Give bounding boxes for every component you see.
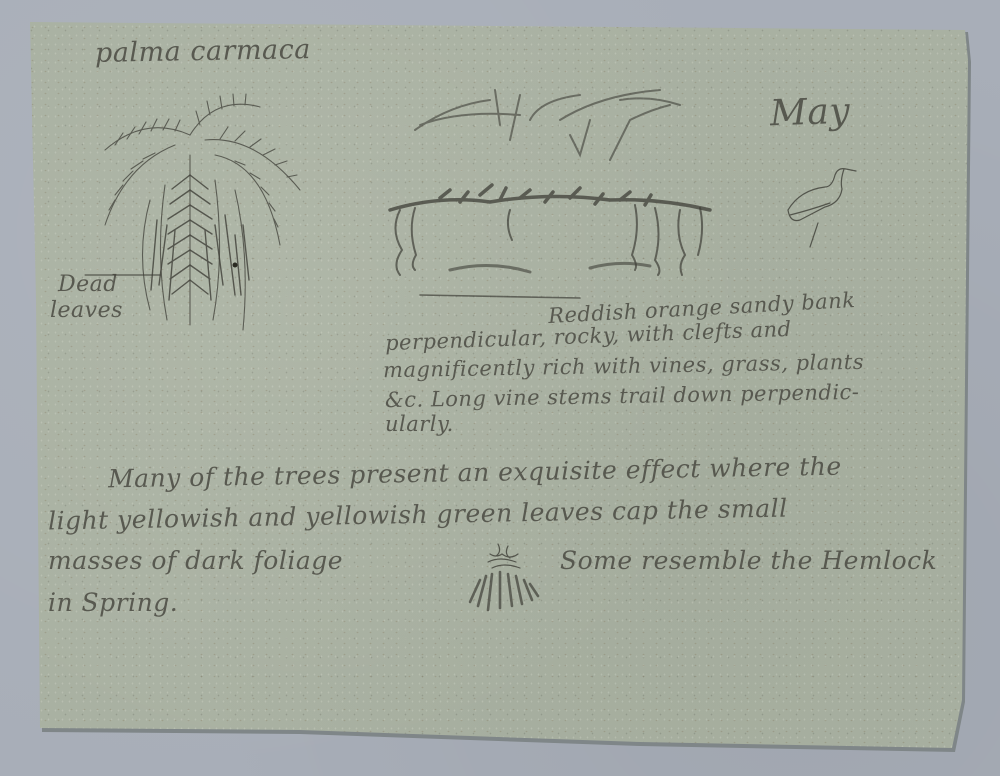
hemlock-note: Some resemble the Hemlock [560, 546, 937, 575]
riverbank-vines-sketch [380, 80, 730, 305]
palm-tree-sketch [95, 95, 315, 340]
bank-note-line-5: ularly. [385, 412, 454, 436]
species-label: palma carmaca [95, 34, 311, 69]
dead-leaves-label-line2: leaves [50, 298, 123, 323]
foliage-cluster-sketch [460, 540, 550, 615]
stain-dot [233, 263, 238, 268]
trees-note-line-3: masses of dark foliage [48, 546, 343, 575]
month-label: May [769, 91, 851, 135]
heron-sketch [780, 165, 870, 250]
trees-note-line-4: in Spring. [48, 588, 178, 617]
dead-leaves-pointer-line [85, 270, 165, 280]
